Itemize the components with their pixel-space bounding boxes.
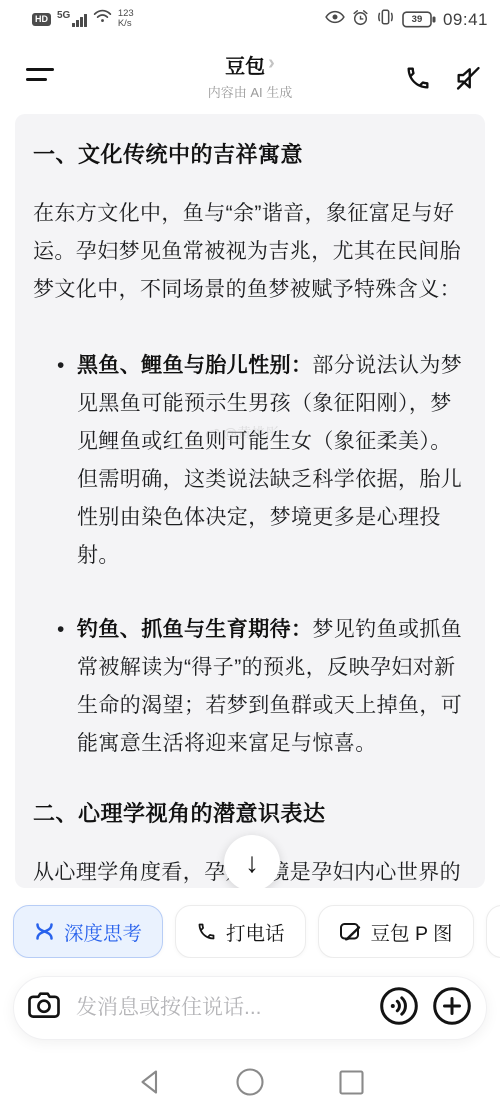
- bullet-1-text: 部分说法认为梦见黑鱼可能预示生男孩（象征阳刚），梦见鲤鱼或红鱼则可能生女（象征柔…: [77, 354, 462, 567]
- bullet-2-lead: 钓鱼、抓鱼与生育期待：: [77, 618, 312, 641]
- nav-home-button[interactable]: [235, 1067, 265, 1097]
- nav-recents-button[interactable]: [338, 1069, 365, 1096]
- clock-time: 09:41: [443, 10, 488, 30]
- make-call-chip[interactable]: 打电话: [175, 905, 306, 958]
- camera-icon[interactable]: [27, 991, 61, 1025]
- network-type-label: 5G: [57, 11, 70, 21]
- bullet-1-lead: 黑鱼、鲤鱼与胎儿性别：: [77, 354, 312, 377]
- scroll-to-bottom-button[interactable]: ↓: [224, 835, 280, 891]
- phone-screen: HD 5G 123 K/s: [0, 0, 500, 1111]
- bullet-list: • 黑鱼、鲤鱼与胎儿性别：部分说法认为梦见黑鱼可能预示生男孩（象征阳刚），梦见鲤…: [33, 347, 467, 763]
- chip-label: 深度思考: [64, 918, 142, 946]
- app-header: 豆包 › 内容由 AI 生成: [0, 42, 500, 110]
- plus-icon[interactable]: [431, 985, 473, 1032]
- status-bar: HD 5G 123 K/s: [0, 0, 500, 42]
- image-edit-icon: [339, 921, 362, 942]
- alarm-icon: [352, 9, 369, 31]
- video-call-chip[interactable]: 视频通话: [486, 905, 500, 958]
- deep-think-chip[interactable]: 深度思考: [13, 905, 163, 958]
- image-edit-chip[interactable]: 豆包 P 图: [318, 905, 474, 958]
- section-2-title: 二、心理学视角的潜意识表达: [33, 797, 467, 828]
- arrow-down-icon: ↓: [245, 847, 259, 879]
- page-title: 豆包: [225, 50, 265, 79]
- gesture-nav-bar: [0, 1055, 500, 1109]
- voice-wave-icon[interactable]: [378, 985, 420, 1032]
- eye-comfort-icon: [325, 10, 345, 29]
- status-right-group: 39 09:41: [325, 8, 488, 31]
- signal-strength-icon: 5G: [57, 11, 87, 27]
- speaker-muted-icon[interactable]: [454, 64, 482, 92]
- deep-think-icon: [34, 921, 55, 942]
- battery-icon: 39: [402, 11, 436, 28]
- chip-label: 打电话: [226, 918, 285, 946]
- wifi-icon: [93, 9, 112, 29]
- ai-message-bubble: 一、文化传统中的吉祥寓意 在东方文化中，鱼与“余”谐音，象征富足与好运。孕妇梦见…: [15, 114, 485, 888]
- chip-label: 豆包 P 图: [371, 918, 453, 946]
- message-input[interactable]: [74, 995, 378, 1021]
- section-1-title: 一、文化传统中的吉祥寓意: [33, 138, 467, 169]
- vibrate-icon: [376, 8, 395, 31]
- status-left-group: HD 5G 123 K/s: [32, 9, 134, 29]
- list-item: • 黑鱼、鲤鱼与胎儿性别：部分说法认为梦见黑鱼可能预示生男孩（象征阳刚），梦见鲤…: [57, 347, 467, 575]
- bullet-dot: •: [57, 611, 65, 649]
- bullet-dot: •: [57, 347, 65, 385]
- chevron-right-icon: ›: [268, 52, 275, 75]
- call-icon[interactable]: [404, 64, 432, 92]
- quick-action-row: 深度思考 打电话 豆包 P 图: [0, 888, 500, 958]
- network-speed: 123 K/s: [118, 9, 134, 29]
- bottom-panel: 深度思考 打电话 豆包 P 图: [0, 888, 500, 1111]
- phone-icon: [196, 921, 217, 942]
- list-item: • 钓鱼、抓鱼与生育期待：梦见钓鱼或抓鱼常被解读为“得子”的预兆，反映孕妇对新生…: [57, 611, 467, 763]
- message-input-bar: [13, 976, 487, 1040]
- section-1-intro: 在东方文化中，鱼与“余”谐音，象征富足与好运。孕妇梦见鱼常被视为吉兆，尤其在民间…: [33, 195, 467, 309]
- bot-title-row[interactable]: 豆包 ›: [225, 50, 275, 79]
- nav-back-button[interactable]: [136, 1068, 162, 1096]
- battery-percent: 39: [405, 14, 429, 25]
- hd-icon: HD: [32, 13, 51, 26]
